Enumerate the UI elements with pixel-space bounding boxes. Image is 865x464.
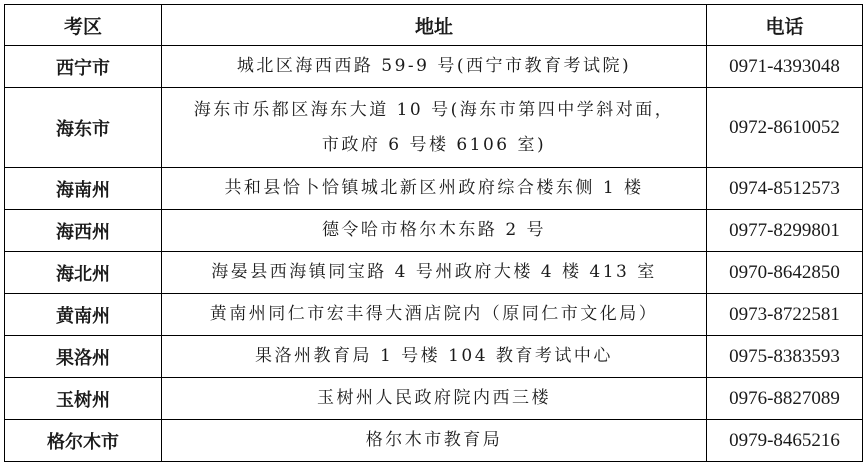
address-cell: 玉树州人民政府院内西三楼 bbox=[162, 378, 707, 420]
header-phone: 电话 bbox=[707, 5, 863, 46]
address-line: 玉树州人民政府院内西三楼 bbox=[162, 381, 706, 416]
phone-cell: 0974-8512573 bbox=[707, 168, 863, 210]
address-cell: 格尔木市教育局 bbox=[162, 420, 707, 462]
address-line: 果洛州教育局 1 号楼 104 教育考试中心 bbox=[162, 339, 706, 374]
region-cell: 玉树州 bbox=[5, 378, 162, 420]
address-cell: 城北区海西西路 59-9 号(西宁市教育考试院) bbox=[162, 46, 707, 88]
phone-cell: 0972-8610052 bbox=[707, 88, 863, 168]
phone-cell: 0975-8383593 bbox=[707, 336, 863, 378]
address-line: 德令哈市格尔木东路 2 号 bbox=[162, 213, 706, 248]
phone-cell: 0976-8827089 bbox=[707, 378, 863, 420]
phone-cell: 0977-8299801 bbox=[707, 210, 863, 252]
region-cell: 海西州 bbox=[5, 210, 162, 252]
header-region: 考区 bbox=[5, 5, 162, 46]
region-cell: 格尔木市 bbox=[5, 420, 162, 462]
exam-center-contact-table: 考区 地址 电话 西宁市 城北区海西西路 59-9 号(西宁市教育考试院) 09… bbox=[4, 4, 863, 462]
address-line: 黄南州同仁市宏丰得大酒店院内（原同仁市文化局） bbox=[162, 297, 706, 332]
table-row-hainan: 海南州 共和县恰卜恰镇城北新区州政府综合楼东侧 1 楼 0974-8512573 bbox=[5, 168, 863, 210]
table-row-xining: 西宁市 城北区海西西路 59-9 号(西宁市教育考试院) 0971-439304… bbox=[5, 46, 863, 88]
address-cell: 海东市乐都区海东大道 10 号(海东市第四中学斜对面， 市政府 6 号楼 610… bbox=[162, 88, 707, 168]
table-row-haixi: 海西州 德令哈市格尔木东路 2 号 0977-8299801 bbox=[5, 210, 863, 252]
table-row-yushu: 玉树州 玉树州人民政府院内西三楼 0976-8827089 bbox=[5, 378, 863, 420]
address-line: 格尔木市教育局 bbox=[162, 423, 706, 458]
region-cell: 海南州 bbox=[5, 168, 162, 210]
phone-cell: 0971-4393048 bbox=[707, 46, 863, 88]
table-row-huangnan: 黄南州 黄南州同仁市宏丰得大酒店院内（原同仁市文化局） 0973-8722581 bbox=[5, 294, 863, 336]
address-cell: 海晏县西海镇同宝路 4 号州政府大楼 4 楼 413 室 bbox=[162, 252, 707, 294]
region-cell: 西宁市 bbox=[5, 46, 162, 88]
address-cell: 黄南州同仁市宏丰得大酒店院内（原同仁市文化局） bbox=[162, 294, 707, 336]
address-cell: 德令哈市格尔木东路 2 号 bbox=[162, 210, 707, 252]
address-line: 城北区海西西路 59-9 号(西宁市教育考试院) bbox=[162, 49, 706, 84]
phone-cell: 0973-8722581 bbox=[707, 294, 863, 336]
phone-cell: 0970-8642850 bbox=[707, 252, 863, 294]
header-address: 地址 bbox=[162, 5, 707, 46]
phone-cell: 0979-8465216 bbox=[707, 420, 863, 462]
region-cell: 海东市 bbox=[5, 88, 162, 168]
region-cell: 果洛州 bbox=[5, 336, 162, 378]
address-line: 共和县恰卜恰镇城北新区州政府综合楼东侧 1 楼 bbox=[162, 171, 706, 206]
address-cell: 共和县恰卜恰镇城北新区州政府综合楼东侧 1 楼 bbox=[162, 168, 707, 210]
region-cell: 海北州 bbox=[5, 252, 162, 294]
table-row-haidong: 海东市 海东市乐都区海东大道 10 号(海东市第四中学斜对面， 市政府 6 号楼… bbox=[5, 88, 863, 168]
address-line: 海晏县西海镇同宝路 4 号州政府大楼 4 楼 413 室 bbox=[162, 255, 706, 290]
address-line: 市政府 6 号楼 6106 室) bbox=[162, 128, 706, 163]
table-row-guoluo: 果洛州 果洛州教育局 1 号楼 104 教育考试中心 0975-8383593 bbox=[5, 336, 863, 378]
table-header-row: 考区 地址 电话 bbox=[5, 5, 863, 46]
table-row-golmud: 格尔木市 格尔木市教育局 0979-8465216 bbox=[5, 420, 863, 462]
region-cell: 黄南州 bbox=[5, 294, 162, 336]
table-row-haibei: 海北州 海晏县西海镇同宝路 4 号州政府大楼 4 楼 413 室 0970-86… bbox=[5, 252, 863, 294]
address-cell: 果洛州教育局 1 号楼 104 教育考试中心 bbox=[162, 336, 707, 378]
address-line: 海东市乐都区海东大道 10 号(海东市第四中学斜对面， bbox=[162, 93, 706, 128]
